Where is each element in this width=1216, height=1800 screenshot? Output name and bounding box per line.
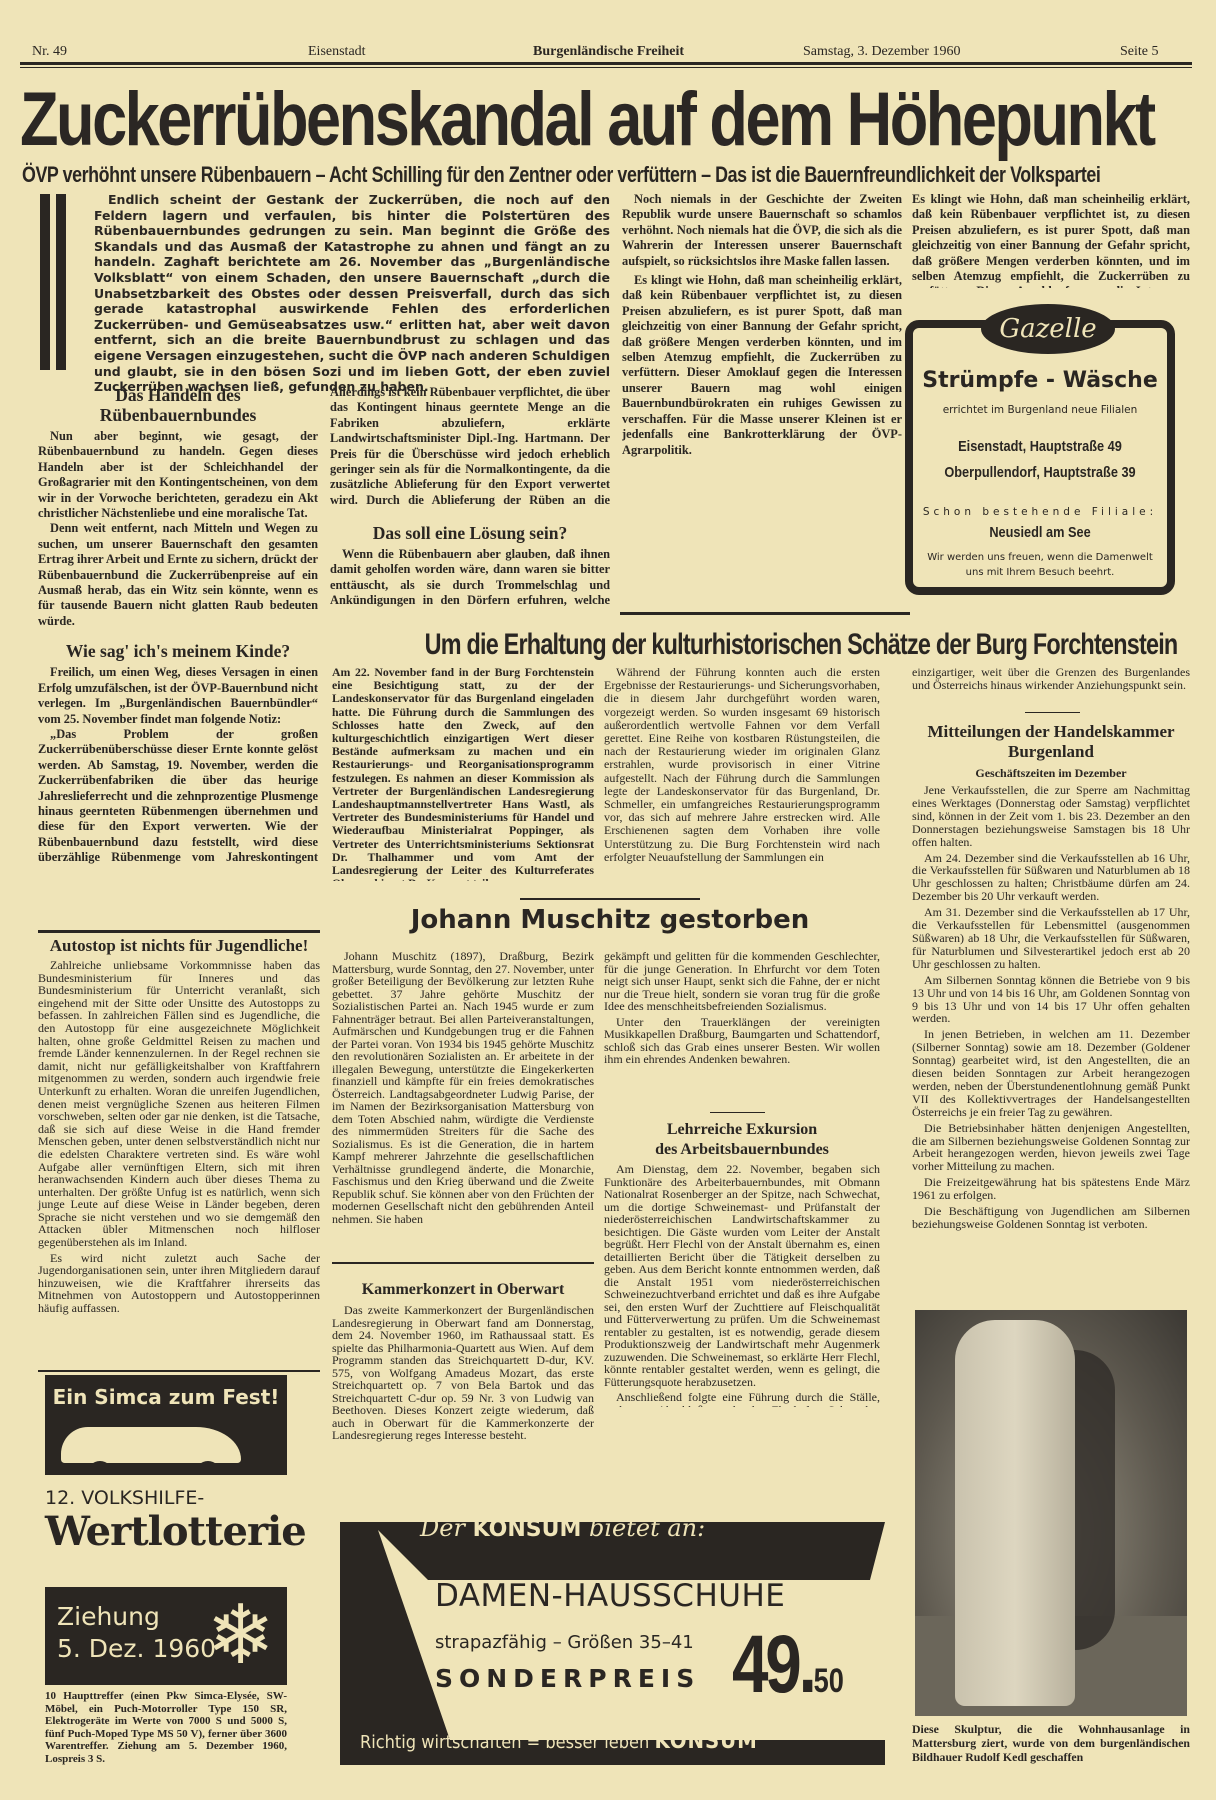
autostop-heading: Autostop ist nichts für Jugendliche! [38, 936, 320, 956]
product-details: strapazfähig – Größen 35–41 [435, 1632, 694, 1653]
paragraph: Noch niemals in der Geschichte der Zweit… [622, 192, 902, 269]
lottery-number: 12. VOLKSHILFE- [45, 1487, 204, 1509]
paragraph: Es klingt wie Hohn, daß man scheinheilig… [912, 192, 1190, 288]
divider [38, 930, 320, 933]
paragraph: Am Silbernen Sonntag können die Betriebe… [912, 974, 1190, 1026]
paragraph: Es klingt wie Hohn, daß man scheinheilig… [622, 273, 902, 458]
lead-subheadline: ÖVP verhöhnt unsere Rübenbauern – Acht S… [22, 162, 971, 188]
issue-number: Nr. 49 [32, 44, 67, 60]
paragraph: Am 24. Dezember sind die Verkaufsstellen… [912, 852, 1190, 904]
muschitz-headline: Johann Muschitz gestorben [330, 905, 890, 939]
kammerkonzert-body: Das zweite Kammerkonzert der Burgenländi… [332, 1304, 594, 1442]
paragraph: Die Betriebsinhaber hätten denjenigen An… [912, 1122, 1190, 1174]
divider [620, 612, 910, 615]
sculpture-photo [915, 1310, 1187, 1716]
masthead-rule [20, 62, 1192, 68]
lead-headline: Zuckerrübenskandal auf dem Höhepunkt [20, 80, 993, 160]
exkursion-article: Lehrreiche Exkursion des Arbeitsbauernbu… [604, 1120, 880, 1407]
exkursion-heading: Lehrreiche Exkursion [604, 1120, 880, 1140]
kammerkonzert-heading: Kammerkonzert in Oberwart [332, 1280, 594, 1300]
lottery-draw-box: Ziehung 5. Dez. 1960 ❄ [45, 1587, 287, 1685]
place: Eisenstadt [308, 44, 366, 60]
divider [710, 1112, 765, 1113]
konsum-ad: Der KONSUM bietet an: DAMEN-HAUSSCHUHE s… [340, 1500, 885, 1765]
section-heading: Das Handeln des Rübenbauernbundes [38, 385, 318, 425]
gazelle-ad: Gazelle Strümpfe - Wäsche errichtet im B… [905, 320, 1175, 595]
car-icon [61, 1427, 241, 1463]
intro-text: Endlich scheint der Gestank der Zuckerrü… [92, 192, 610, 395]
autostop-article: Autostop ist nichts für Jugendliche! Zah… [38, 936, 320, 1315]
address-neusiedl: Neusiedl am See [932, 524, 1148, 541]
tagline-brand: KONSUM [473, 1517, 582, 1542]
paragraph: Es wird nicht zuletzt auch Sache der Jug… [38, 1252, 320, 1315]
konsum-slogan: Richtig wirtschaften = besser leben KONS… [360, 1729, 758, 1754]
exkursion-body: Am Dienstag, dem 22. November, begaben s… [604, 1163, 880, 1407]
divider [1025, 712, 1080, 713]
konsum-logo: KONSUM [654, 1729, 757, 1754]
product-name: DAMEN-HAUSSCHUHE [435, 1578, 785, 1614]
paragraph: Am Dienstag, dem 22. November, begaben s… [604, 1163, 880, 1388]
section-heading: Das soll eine Lösung sein? [330, 523, 610, 543]
forchtenstein-col-1: Am 22. November fand in der Burg Forchte… [332, 666, 594, 881]
paragraph: Am 31. Dezember sind die Verkaufsstellen… [912, 906, 1190, 971]
statue [955, 1320, 1075, 1706]
handelskammer-heading: Mitteilungen der Handelskammer Burgenlan… [912, 722, 1190, 762]
existing-branch-label: Schon bestehende Filiale: [913, 506, 1167, 518]
kammerkonzert-article: Kammerkonzert in Oberwart Das zweite Kam… [332, 1280, 594, 1442]
lead-column-3: Noch niemals in der Geschichte der Zweit… [622, 192, 902, 610]
lead-column-1: Das Handeln des Rübenbauernbundes Nun ab… [38, 385, 318, 867]
paragraph: Zahlreiche unliebsame Vorkommnisse haben… [38, 959, 320, 1249]
forchtenstein-col-2: Während der Führung konnten auch die ers… [604, 666, 880, 881]
forchtenstein-headline: Um die Erhaltung der kulturhistorischen … [425, 628, 1096, 662]
price-cents: 50 [814, 1662, 844, 1700]
address-oberpullendorf: Oberpullendorf, Hauptstraße 39 [932, 464, 1148, 481]
lottery-title: Wertlotterie [45, 1508, 306, 1555]
intro-bar [40, 194, 50, 370]
ad-title: Strümpfe - Wäsche [913, 368, 1167, 393]
price: 49.50 [732, 1618, 844, 1712]
divider [38, 1370, 320, 1372]
handelskammer-body: Jene Verkaufsstellen, die zur Sperre am … [912, 784, 1190, 1231]
issue-date: Samstag, 3. Dezember 1960 [803, 44, 960, 60]
paragraph: gekämpft und gelitten für die kommenden … [604, 950, 880, 1013]
slogan-text: Richtig wirtschaften = besser leben [360, 1732, 649, 1753]
muschitz-col-1: Johann Muschitz (1897), Draßburg, Bezirk… [332, 950, 594, 1255]
special-price-label: SONDERPREIS [435, 1664, 700, 1693]
paragraph: Wenn die Rübenbauern aber glauben, daß i… [330, 547, 610, 610]
paragraph: „Das Problem der großen Zuckerrübenübers… [38, 727, 318, 867]
photo-caption: Diese Skulptur, die die Wohnhausanlage i… [912, 1722, 1190, 1764]
divider [332, 1262, 594, 1264]
paragraph: In jenen Betrieben, in welchen am 11. De… [912, 1028, 1190, 1118]
paragraph: Unter den Trauerklängen der vereinigten … [604, 1016, 880, 1066]
lead-column-2: Allerdings ist kein Rübenbauer verpflich… [330, 385, 610, 610]
ad-subtitle: errichtet im Burgenland neue Filialen [913, 404, 1167, 416]
paragraph: Allerdings ist kein Rübenbauer verpflich… [330, 385, 610, 507]
handelskammer-article: Mitteilungen der Handelskammer Burgenlan… [912, 722, 1190, 1231]
simca-banner: Ein Simca zum Fest! [45, 1375, 287, 1475]
tagline-prefix: Der [420, 1514, 465, 1542]
lead-intro: Endlich scheint der Gestank der Zuckerrü… [40, 192, 610, 382]
handelskammer-subheading: Geschäftszeiten im Dezember [912, 766, 1190, 781]
paragraph: Die Freizeitgewährung hat bis spätestens… [912, 1176, 1190, 1202]
paragraph: Die Beschäftigung von Jugendlichen am Si… [912, 1205, 1190, 1231]
paragraph: Denn weit entfernt, nach Mitteln und Weg… [38, 521, 318, 629]
lead-column-4: Es klingt wie Hohn, daß man scheinheilig… [912, 192, 1190, 288]
intro-bar [56, 194, 66, 370]
masthead: Nr. 49 Eisenstadt Burgenländische Freihe… [28, 40, 1190, 62]
paper-name: Burgenländische Freiheit [533, 44, 684, 60]
price-main: 49. [732, 1619, 814, 1710]
lottery-details: 10 Haupttreffer (einen Pkw Simca-Elysée,… [45, 1690, 287, 1766]
muschitz-col-2: gekämpft und gelitten für die kommenden … [604, 950, 880, 1066]
section-heading: Wie sag' ich's meinem Kinde? [38, 641, 318, 661]
paragraph: Anschließend folgte eine Führung durch d… [604, 1391, 880, 1407]
paragraph: Jene Verkaufsstellen, die zur Sperre am … [912, 784, 1190, 849]
konsum-tagline: Der KONSUM bietet an: [420, 1514, 800, 1542]
page-number: Seite 5 [1120, 44, 1159, 60]
divider [520, 898, 700, 900]
snowflake-icon: ❄ [206, 1593, 275, 1679]
simca-text: Ein Simca zum Fest! [45, 1375, 287, 1409]
tagline-suffix: bietet an: [589, 1514, 705, 1542]
autostop-body: Zahlreiche unliebsame Vorkommnisse haben… [38, 959, 320, 1315]
forchtenstein-col-3: einzigartiger, weit über die Grenzen des… [912, 666, 1190, 692]
exkursion-heading-2: des Arbeitsbauernbundes [604, 1140, 880, 1160]
paragraph: Freilich, um einen Weg, dieses Versagen … [38, 665, 318, 727]
address-eisenstadt: Eisenstadt, Hauptstraße 49 [932, 438, 1148, 455]
ad-footer: Wir werden uns freuen, wenn die Damenwel… [921, 550, 1159, 580]
paragraph: Nun aber beginnt, wie gesagt, der Rübenb… [38, 429, 318, 521]
gazelle-logo: Gazelle [981, 304, 1115, 354]
